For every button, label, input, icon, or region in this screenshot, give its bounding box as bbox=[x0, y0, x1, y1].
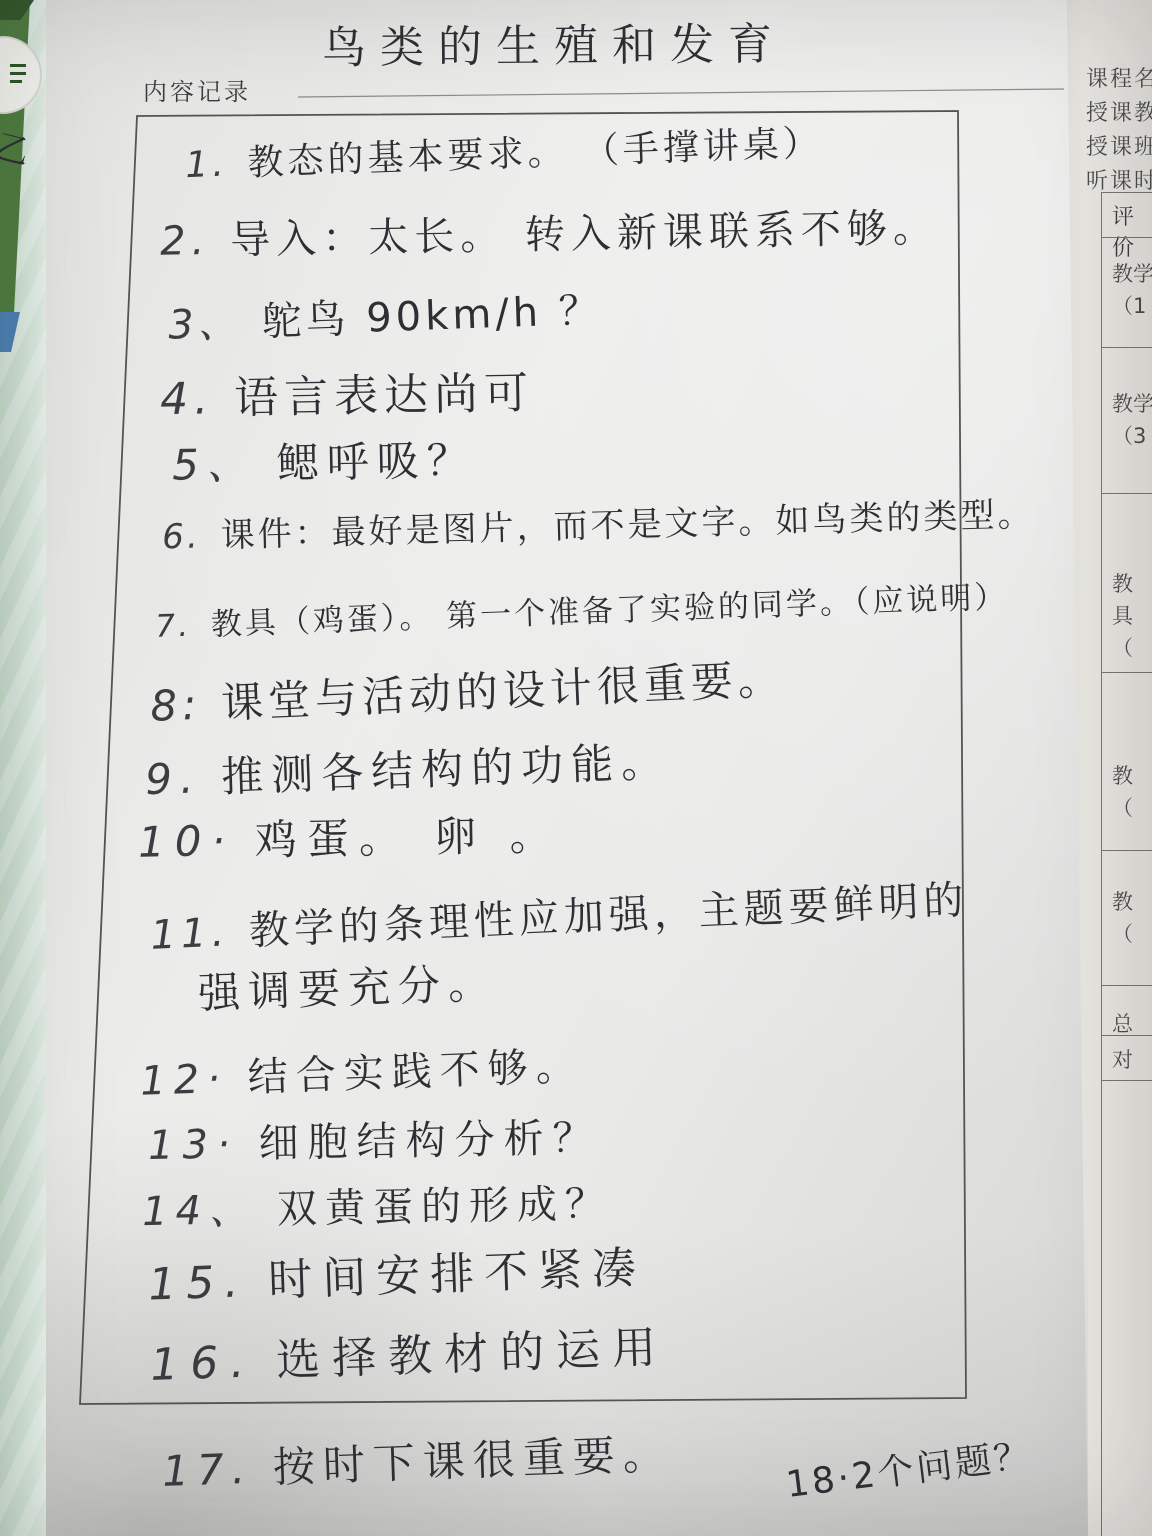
form-table-hline bbox=[1101, 985, 1152, 986]
form-label: 授课班 bbox=[1086, 130, 1152, 161]
form-row-label: 教 bbox=[1112, 760, 1133, 790]
form-row-label: （3 bbox=[1112, 420, 1146, 450]
note-number: 14、 bbox=[142, 1178, 258, 1237]
page-title: 鸟类的生殖和发育 bbox=[322, 8, 787, 76]
form-label: 授课教 bbox=[1086, 96, 1152, 127]
form-row-label: 教 bbox=[1112, 886, 1133, 916]
note-number: 6. bbox=[162, 516, 201, 557]
note-number: 7. bbox=[155, 608, 192, 645]
note-number: 13· bbox=[148, 1121, 239, 1169]
note-line: 5、鳃呼吸？ bbox=[171, 427, 477, 492]
form-table-hline bbox=[1101, 850, 1152, 851]
note-number: 5、 bbox=[171, 431, 257, 492]
note-number: 8: bbox=[149, 680, 202, 731]
note-line: 10·鸡蛋。 卵 。 bbox=[138, 802, 562, 869]
form-row-label: （ bbox=[1112, 918, 1133, 948]
form-row-label: 对 bbox=[1112, 1044, 1133, 1074]
logo-text-bar bbox=[10, 64, 26, 67]
form-row-label: （ bbox=[1112, 632, 1133, 662]
note-number: 11. bbox=[150, 909, 231, 958]
logo-text-bar bbox=[10, 72, 26, 75]
form-row-label: 总 bbox=[1112, 1008, 1133, 1038]
note-number: 15. bbox=[147, 1256, 249, 1310]
note-text: 语言表达尚可 bbox=[234, 368, 535, 424]
note-number: 10· bbox=[138, 816, 236, 867]
form-label: 听课时 bbox=[1086, 164, 1152, 195]
note-text: 导入：太长。 转入新课联系不够。 bbox=[230, 205, 939, 263]
form-table-hline bbox=[1101, 1035, 1152, 1036]
form-row-label: （1 bbox=[1112, 290, 1146, 320]
note-text: 双黄蛋的形成？ bbox=[277, 1181, 614, 1233]
form-table-hline bbox=[1101, 672, 1152, 673]
form-header-evaluation: 评价 bbox=[1112, 200, 1152, 262]
form-row-label: （ bbox=[1112, 792, 1133, 822]
note-text: 鸡蛋。 卵 。 bbox=[254, 810, 562, 864]
note-text: 时间安排不紧凑 bbox=[267, 1242, 647, 1306]
form-table-hline bbox=[1101, 192, 1152, 193]
form-table-hline bbox=[1101, 237, 1152, 238]
logo-text-bar bbox=[10, 80, 22, 83]
content-record-label: 内容记录 bbox=[143, 72, 251, 107]
note-text: 强调要充分。 bbox=[197, 958, 499, 1017]
note-number: 2. bbox=[160, 218, 211, 265]
note-text: 鳃呼吸？ bbox=[276, 435, 477, 487]
form-table-hline bbox=[1101, 493, 1152, 494]
note-line: 4.语言表达尚可 bbox=[159, 357, 534, 428]
note-number: 17. bbox=[161, 1444, 253, 1496]
note-text: 选择教材的运用 bbox=[275, 1322, 669, 1387]
form-row-label: 具 bbox=[1112, 600, 1133, 630]
note-line: 强调要充分。 bbox=[177, 950, 499, 1021]
note-number: 1. bbox=[185, 144, 229, 186]
form-row-label: 教 bbox=[1112, 568, 1133, 598]
form-table-vline bbox=[1101, 192, 1102, 1536]
form-row-label: 教学 bbox=[1112, 388, 1152, 418]
form-table-hline bbox=[1101, 347, 1152, 348]
note-number: 16. bbox=[149, 1336, 257, 1391]
photo-of-notebook: 乙 鸟类的生殖和发育 内容记录 1.教态的基本要求。 （手撑讲桌）2.导入：太长… bbox=[0, 0, 1152, 1536]
note-number: 4. bbox=[160, 373, 215, 425]
form-row-label: 教学 bbox=[1112, 258, 1152, 288]
note-text: 鸵鸟 90km/h ？ bbox=[261, 287, 604, 345]
form-table-hline bbox=[1101, 1080, 1152, 1081]
note-line: 13·细胞结构分析？ bbox=[148, 1106, 603, 1171]
note-number: 12· bbox=[139, 1056, 228, 1105]
note-number: 9. bbox=[144, 753, 202, 804]
note-line: 14、双黄蛋的形成？ bbox=[142, 1172, 614, 1237]
form-label: 课程名 bbox=[1086, 62, 1152, 93]
note-text: 细胞结构分析？ bbox=[258, 1115, 602, 1167]
note-text: 按时下课很重要。 bbox=[272, 1429, 673, 1492]
note-text: 结合实践不够。 bbox=[247, 1043, 584, 1101]
note-number: 3、 bbox=[167, 291, 242, 351]
